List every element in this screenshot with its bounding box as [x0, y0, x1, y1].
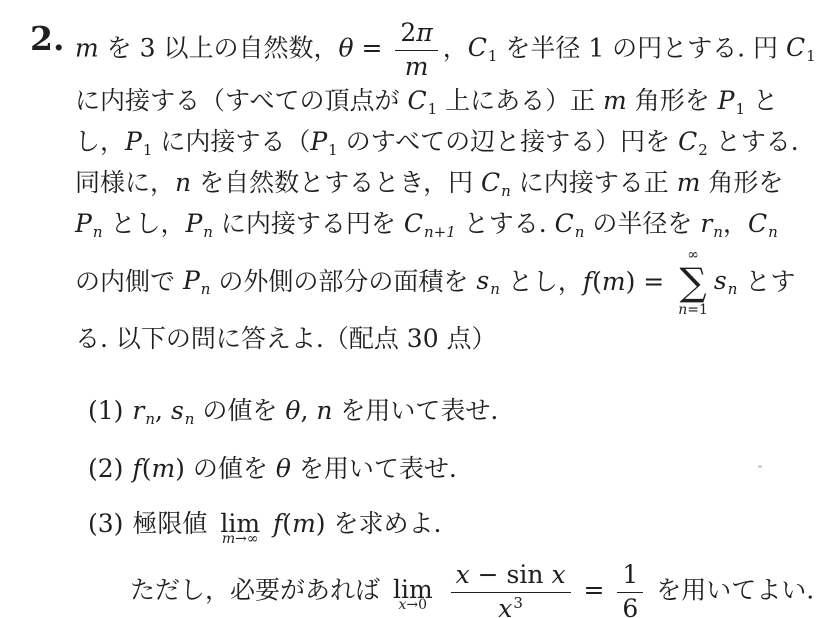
math-text	[265, 509, 273, 538]
math-var: P	[185, 209, 202, 238]
hint-note-line: ただし，必要があれば limx→0 x − sin xx3 = 16 を用いてよ…	[130, 560, 825, 618]
math-var: m	[603, 86, 627, 115]
math-subscripted: C1	[786, 33, 816, 62]
text-run: とする.	[456, 209, 555, 238]
math-subscripted: sn	[171, 396, 195, 425]
math-subscript: n	[185, 410, 195, 428]
fraction-numerator: 2π	[395, 18, 437, 51]
math-subscript: 1	[428, 100, 438, 118]
math-subscript: n	[203, 223, 213, 241]
text-run: 同様に，	[75, 168, 175, 197]
math-var: C	[481, 168, 500, 197]
math-subscripted: Pn	[185, 209, 213, 238]
math-subscripted: rn	[132, 396, 155, 425]
item-text: 極限値 limm→∞ f(m) を求めよ.	[132, 509, 441, 538]
math-subscripted: P1	[310, 127, 337, 156]
text-run: を半径 1 の円とする. 円	[497, 33, 786, 62]
limit-subscript: x→0	[399, 598, 428, 612]
question-item-1: (1)rn, sn の値を θ, n を用いて表せ.	[88, 392, 825, 433]
text-run: 上にある）正	[437, 86, 603, 115]
math-text: →∞	[235, 531, 258, 547]
text-run: とす	[737, 266, 795, 295]
question-items: (1)rn, sn の値を θ, n を用いて表せ. (2)f(m) の値を θ…	[88, 392, 825, 618]
text-run: とし，	[103, 209, 186, 238]
math-subscripted: Cn	[481, 168, 511, 197]
problem-body: m を 3 以上の自然数，θ = 2πm，C1 を半径 1 の円とする. 円 C…	[75, 18, 825, 618]
text-run: 角形を	[700, 168, 783, 197]
math-var: m	[677, 168, 701, 197]
math-var: f	[273, 509, 282, 538]
math-subscripted: Cn	[555, 209, 585, 238]
scan-artifact	[758, 465, 762, 468]
math-subscript: 1	[143, 141, 153, 159]
math-subscripted: C1	[468, 33, 498, 62]
math-var: C	[555, 209, 574, 238]
math-limit: limm→∞	[220, 505, 260, 543]
text-run: る. 以下の問に答えよ.（配点 30 点）	[75, 324, 497, 353]
math-text: (	[282, 509, 292, 538]
item-label: (2)	[88, 454, 123, 483]
math-var: x	[399, 597, 407, 613]
text-run: を自然数とするとき，円	[191, 168, 481, 197]
math-subscript: n	[145, 410, 155, 428]
sigma-icon: ∑	[678, 263, 708, 303]
math-var: r	[132, 396, 144, 425]
math-fraction: 16	[617, 560, 643, 618]
text-run: とする.	[708, 127, 799, 156]
math-subscript: 1	[328, 141, 338, 159]
text-run: 極限値	[132, 509, 215, 538]
math-var: θ	[276, 454, 291, 483]
math-text: (	[592, 266, 602, 295]
text-run: を 3 以上の自然数，	[99, 33, 339, 62]
question-item-2: (2)f(m) の値を θ を用いて表せ.	[88, 450, 825, 488]
text-run: のすべての辺と接する）円を	[338, 127, 678, 156]
item-text: rn, sn の値を θ, n を用いて表せ.	[132, 396, 498, 425]
math-var: m	[405, 52, 429, 81]
text-run: ，	[443, 33, 468, 62]
math-subscript: n	[768, 223, 778, 241]
math-var: θ	[285, 396, 300, 425]
text-run: に内接する（	[152, 127, 310, 156]
item-text: f(m) の値を θ を用いて表せ.	[132, 454, 456, 483]
math-var: n	[678, 302, 687, 318]
problem-statement-line: に内接する（すべての頂点が C1 上にある）正 m 角形を P1 と	[75, 82, 825, 123]
math-var: C	[468, 33, 487, 62]
math-subscripted: Cn	[748, 209, 778, 238]
text-run: ただし，必要があれば	[130, 575, 388, 604]
math-var: f	[583, 266, 592, 295]
math-subscript: n	[713, 223, 723, 241]
math-var: C	[678, 127, 697, 156]
math-text: 6	[622, 594, 638, 618]
math-subscript: n	[201, 280, 211, 298]
math-var: C	[404, 209, 423, 238]
math-var: C	[786, 33, 805, 62]
text-run: に内接する正	[511, 168, 677, 197]
math-var: x	[498, 594, 512, 618]
math-text: ,	[300, 396, 316, 425]
math-subscript: 1	[736, 100, 746, 118]
math-var: m	[75, 33, 99, 62]
text-run: に内接する（すべての頂点が	[75, 86, 407, 115]
item-label: (1)	[88, 396, 123, 425]
text-run: の外側の部分の面積を	[210, 266, 476, 295]
math-text: →0	[406, 597, 427, 613]
limit-subscript: m→∞	[222, 532, 259, 546]
math-subscripted: Pn	[75, 209, 103, 238]
math-var: C	[748, 209, 767, 238]
math-var: x	[456, 560, 470, 589]
math-limit: limx→0	[393, 571, 433, 609]
math-var: P	[125, 127, 142, 156]
math-text: 1	[622, 560, 638, 589]
math-subscript: n	[501, 182, 511, 200]
fraction-numerator: x − sin x	[451, 560, 571, 593]
math-var: r	[700, 209, 712, 238]
problem-number: 2.	[30, 22, 64, 55]
math-superscript: 3	[513, 594, 523, 612]
math-var: m	[602, 266, 626, 295]
fraction-denominator: x3	[451, 593, 571, 618]
math-var: s	[476, 266, 489, 295]
math-text: =1	[687, 302, 708, 318]
math-text: 2	[400, 18, 416, 47]
math-subscripted: sn	[714, 266, 738, 295]
math-var: m	[151, 454, 175, 483]
math-text: =	[354, 33, 391, 62]
text-run: し，	[75, 127, 125, 156]
math-var: x	[551, 560, 565, 589]
problem-statement-line: の内側で Pn の外側の部分の面積を sn とし，f(m) = ∞∑n=1sn …	[75, 248, 825, 319]
text-run: と	[745, 86, 778, 115]
math-subscripted: P1	[125, 127, 152, 156]
problem-statement-line: m を 3 以上の自然数，θ = 2πm，C1 を半径 1 の円とする. 円 C…	[75, 18, 825, 82]
math-sum: ∞∑n=1	[678, 248, 708, 319]
text-run: の内側で	[75, 266, 183, 295]
math-text: ,	[155, 396, 171, 425]
math-var: P	[718, 86, 735, 115]
math-var: P	[75, 209, 92, 238]
text-run: とし，	[500, 266, 583, 295]
text-run: に内接する円を	[213, 209, 404, 238]
math-text: =	[576, 575, 613, 604]
math-subscripted: Pn	[183, 266, 211, 295]
math-subscript: 1	[488, 47, 498, 65]
text-run: を用いて表せ.	[332, 396, 498, 425]
sum-lower-limit: n=1	[678, 303, 708, 318]
text-run: の値を	[185, 454, 276, 483]
fraction-numerator: 1	[617, 560, 643, 593]
text-run: ，	[723, 209, 748, 238]
problem-statement-line: Pn とし，Pn に内接する円を Cn+1 とする. Cn の半径を rn，Cn	[75, 205, 825, 246]
problem-statement-line: し，P1 に内接する（P1 のすべての辺と接する）円を C2 とする.	[75, 123, 825, 164]
text-run: を求めよ.	[326, 509, 442, 538]
text-run: の値を	[194, 396, 285, 425]
text-run: の半径を	[584, 209, 700, 238]
math-text: )	[316, 509, 326, 538]
math-text: (	[142, 454, 152, 483]
exam-page: 2. m を 3 以上の自然数，θ = 2πm，C1 を半径 1 の円とする. …	[0, 0, 838, 618]
math-text: − sin	[470, 560, 552, 589]
math-subscripted: sn	[476, 266, 500, 295]
fraction-denominator: m	[395, 51, 437, 82]
math-fraction: x − sin xx3	[451, 560, 571, 618]
math-text: ) =	[626, 266, 673, 295]
math-text: )	[175, 454, 185, 483]
math-fraction: 2πm	[395, 18, 437, 82]
item-label: (3)	[88, 509, 123, 538]
math-var: s	[714, 266, 727, 295]
text-run: を用いて表せ.	[291, 454, 457, 483]
math-var: n	[316, 396, 332, 425]
math-subscript: n	[93, 223, 103, 241]
math-var: m	[222, 531, 235, 547]
math-text	[438, 575, 446, 604]
math-subscripted: P1	[718, 86, 745, 115]
math-subscripted: Cn+1	[404, 209, 456, 238]
fraction-denominator: 6	[617, 593, 643, 618]
problem-statement-line: 同様に，n を自然数とするとき，円 Cn に内接する正 m 角形を	[75, 164, 825, 205]
math-subscript: 1	[806, 47, 816, 65]
math-subscript: n	[490, 280, 500, 298]
question-item-3: (3)極限値 limm→∞ f(m) を求めよ.	[88, 505, 825, 543]
math-var: C	[407, 86, 426, 115]
math-var: m	[292, 509, 316, 538]
math-var: P	[310, 127, 327, 156]
math-var: n	[175, 168, 191, 197]
math-var: s	[171, 396, 184, 425]
math-subscript: n+1	[424, 223, 456, 241]
math-var: π	[416, 18, 432, 47]
problem-statement-line: る. 以下の問に答えよ.（配点 30 点）	[75, 320, 825, 358]
math-subscript: 2	[698, 141, 708, 159]
math-var: f	[132, 454, 141, 483]
math-subscripted: C2	[678, 127, 708, 156]
math-subscript: n	[728, 280, 738, 298]
math-subscripted: C1	[407, 86, 437, 115]
math-subscripted: rn	[700, 209, 723, 238]
math-var: P	[183, 266, 200, 295]
math-subscript: n	[575, 223, 585, 241]
text-run: を用いてよい.	[648, 575, 814, 604]
math-var: θ	[338, 33, 353, 62]
text-run: 角形を	[627, 86, 718, 115]
